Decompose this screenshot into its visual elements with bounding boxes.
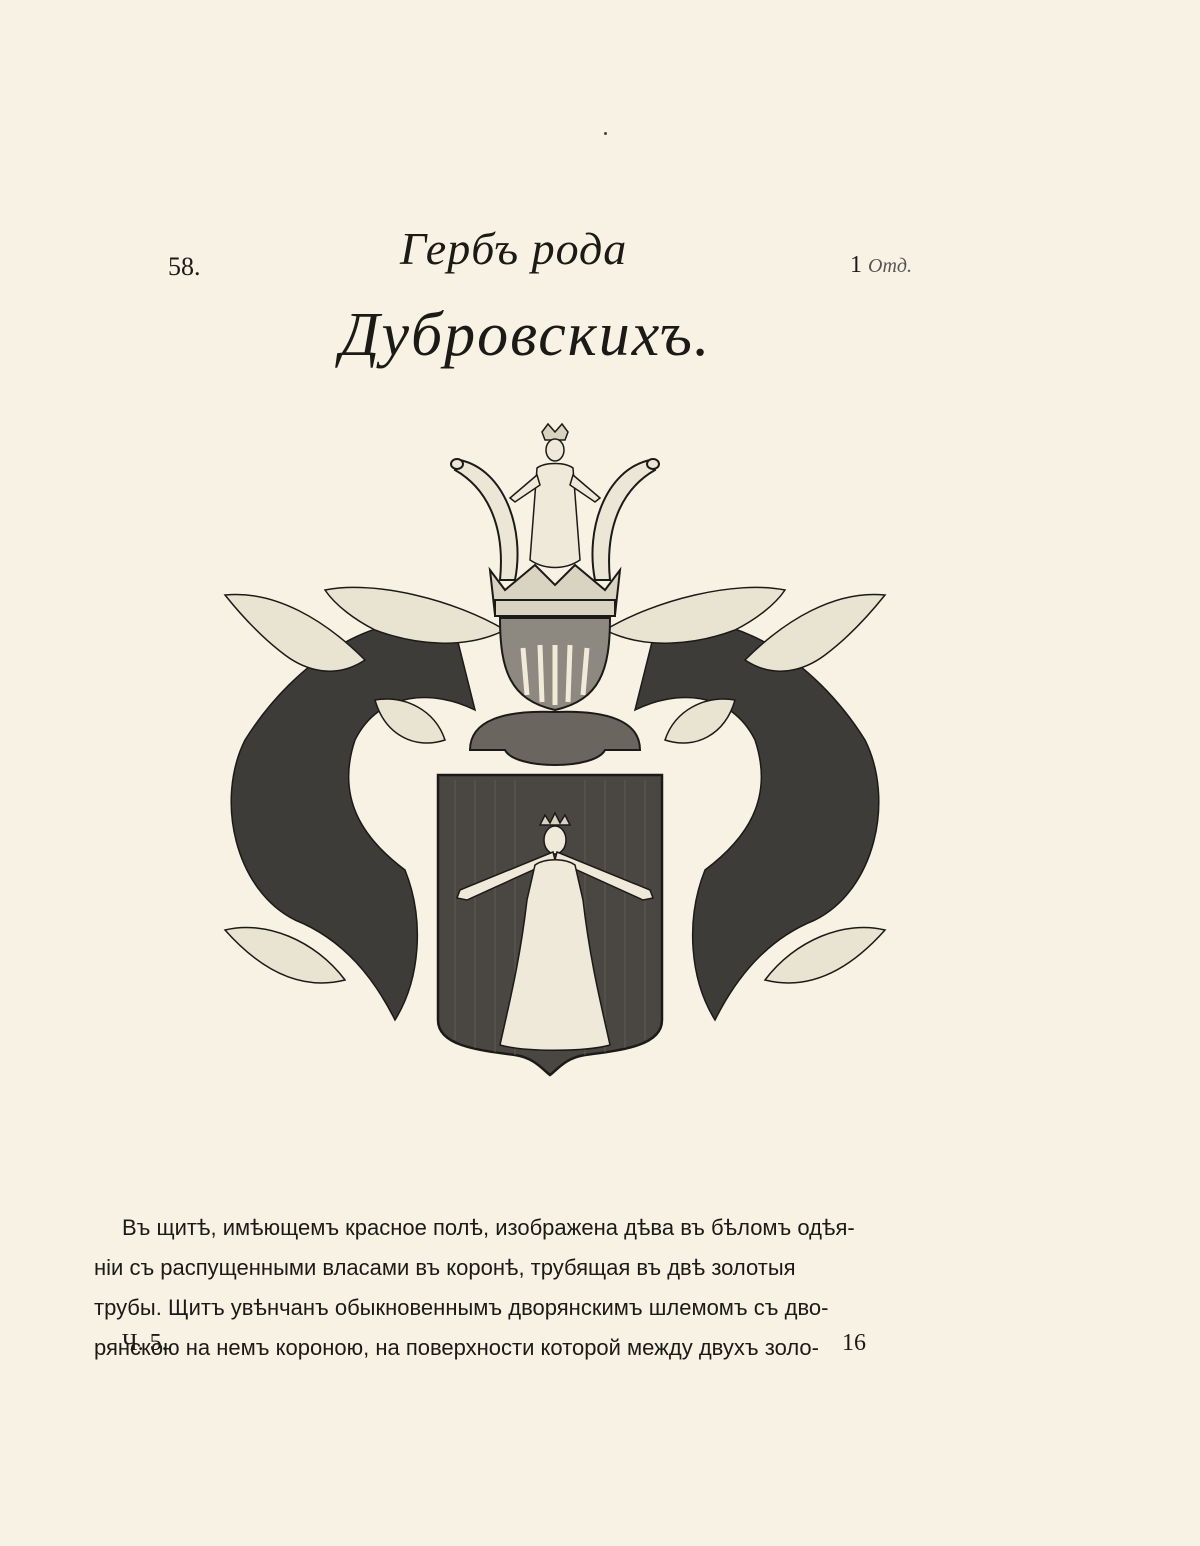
- section-number: 1: [850, 252, 862, 278]
- title-family-name: Дубровскихъ.: [340, 300, 711, 371]
- section-marker: 1 Отд.: [850, 252, 912, 279]
- crest-maiden-icon: [510, 424, 600, 568]
- text-line: Въ щитѣ, имѣющемъ красное полѣ, изображе…: [122, 1208, 974, 1248]
- stray-mark: [604, 132, 607, 135]
- section-label: Отд.: [868, 255, 912, 277]
- page-number: 58.: [168, 252, 201, 282]
- text-line: ніи съ распущенными власами въ коронѣ, т…: [94, 1248, 974, 1288]
- coat-of-arms-illustration: [205, 420, 905, 1080]
- volume-marker: Ч. 5.: [122, 1330, 168, 1357]
- title-line-1: Гербъ рода: [400, 222, 627, 275]
- text-line: трубы. Щитъ увѣнчанъ обыкновеннымъ дворя…: [94, 1288, 974, 1328]
- signature-mark: 16: [842, 1330, 866, 1357]
- helmet-icon: [470, 618, 640, 765]
